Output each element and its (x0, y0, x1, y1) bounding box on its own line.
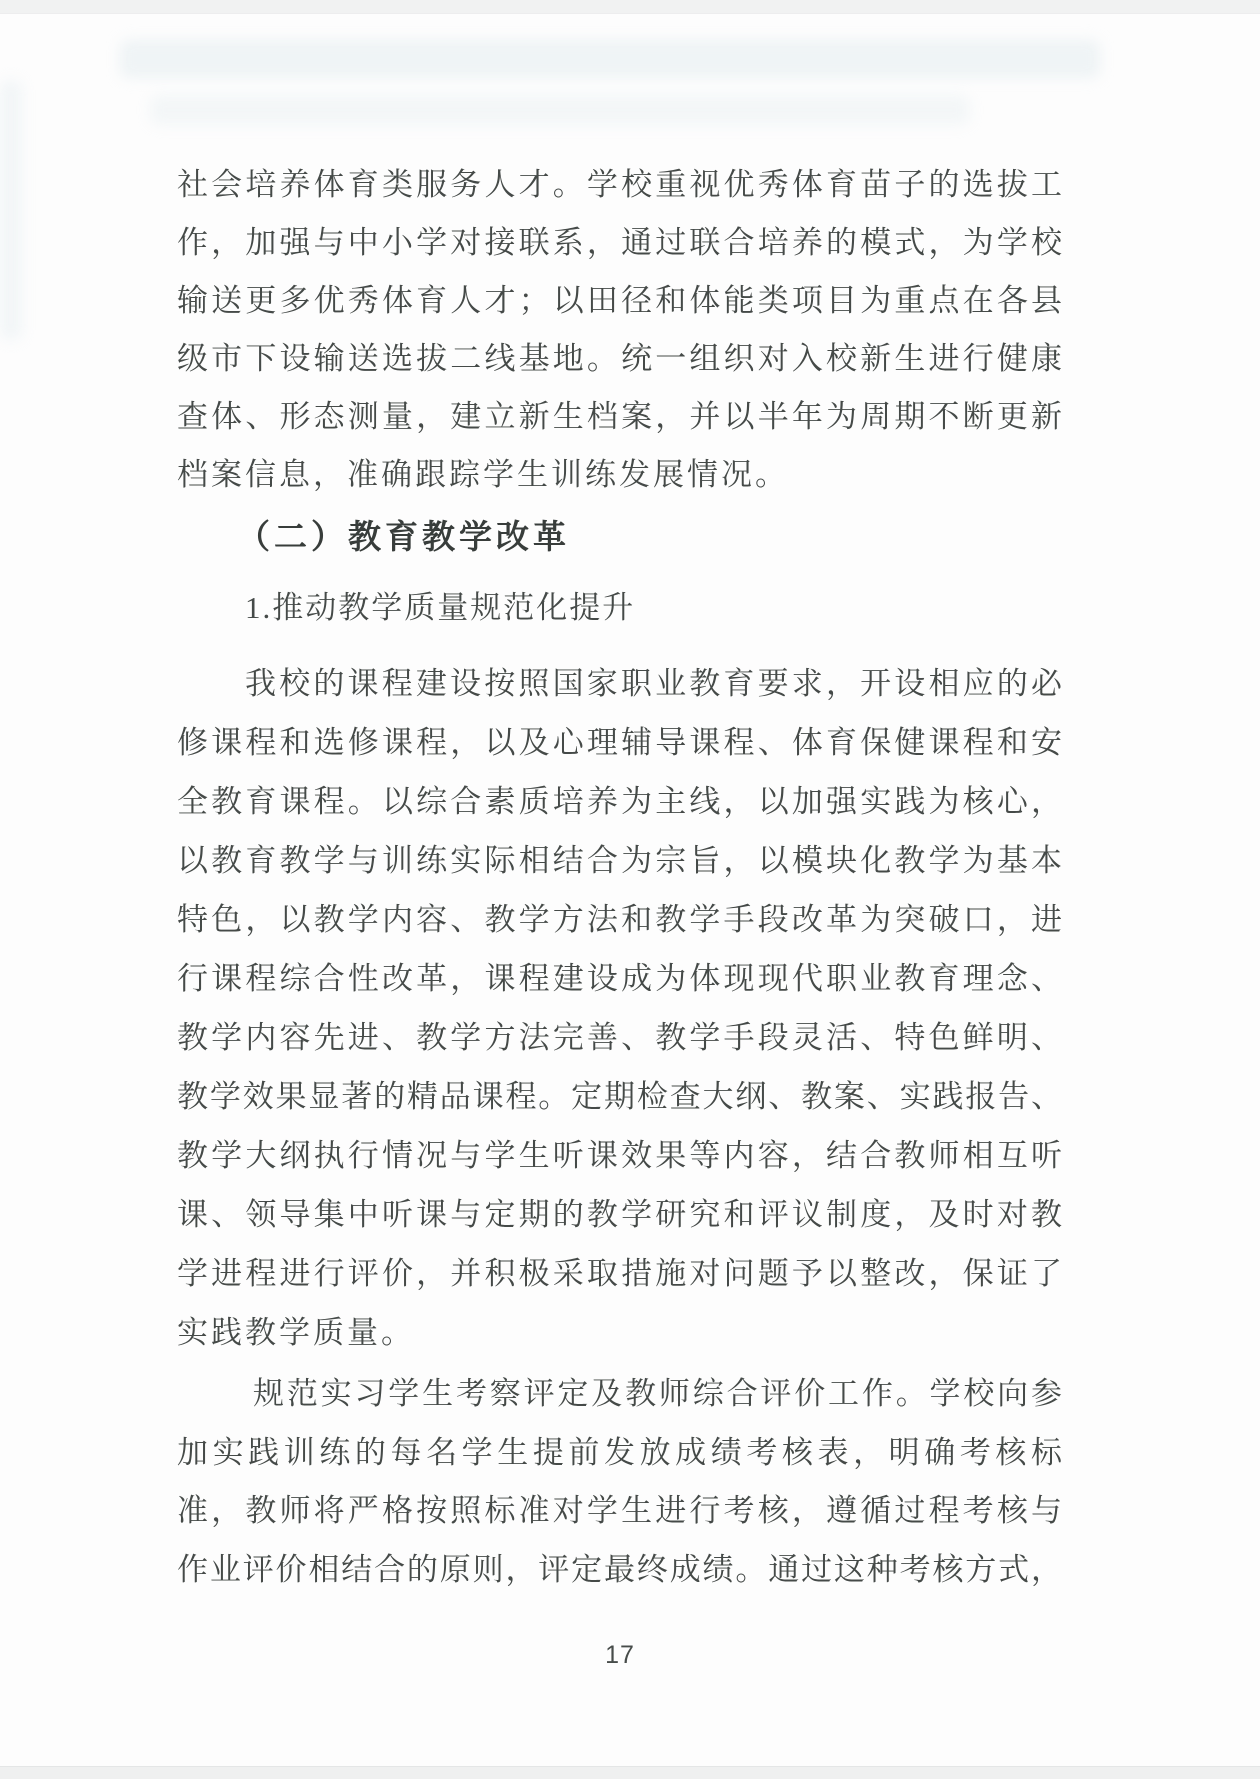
document-text-block: 社会培养体育类服务人才。学校重视优秀体育苗子的选拔工 作，加强与中小学对接联系，… (177, 156, 1063, 1599)
text-line: 特色，以教学内容、教学方法和教学手段改革为突破口，进 (177, 890, 1063, 949)
scan-edge-band-top (0, 0, 1260, 14)
subsection-heading: 1.推动教学质量规范化提升 (177, 579, 1063, 637)
text-line: 行课程综合性改革，课程建设成为体现现代职业教育理念、 (177, 949, 1063, 1008)
text-line: 档案信息，准确跟踪学生训练发展情况。 (177, 446, 1063, 504)
text-line: 教学内容先进、教学方法完善、教学手段灵活、特色鲜明、 (177, 1008, 1063, 1067)
text-line: 级市下设输送选拔二线基地。统一组织对入校新生进行健康 (177, 330, 1063, 388)
text-line: 我校的课程建设按照国家职业教育要求，开设相应的必 (177, 654, 1063, 713)
text-line: 作业评价相结合的原则，评定最终成绩。通过这种考核方式， (177, 1541, 1063, 1600)
scan-edge-artifact (0, 80, 22, 340)
text-line: 教学效果显著的精品课程。定期检查大纲、教案、实践报告、 (177, 1067, 1063, 1126)
text-line: 课、领导集中听课与定期的教学研究和评议制度，及时对教 (177, 1185, 1063, 1244)
text-line: 以教育教学与训练实际相结合为宗旨，以模块化教学为基本 (177, 831, 1063, 890)
text-line: 社会培养体育类服务人才。学校重视优秀体育苗子的选拔工 (177, 156, 1063, 214)
section-heading: （二）教育教学改革 (177, 509, 1063, 567)
scan-edge-band-bottom (0, 1766, 1260, 1779)
text-line: 加实践训练的每名学生提前发放成绩考核表，明确考核标 (177, 1424, 1063, 1483)
text-line: 全教育课程。以综合素质培养为主线，以加强实践为核心， (177, 772, 1063, 831)
scanned-document-page: 社会培养体育类服务人才。学校重视优秀体育苗子的选拔工 作，加强与中小学对接联系，… (0, 0, 1260, 1779)
text-line: 准，教师将严格按照标准对学生进行考核，遵循过程考核与 (177, 1482, 1063, 1541)
text-line: 学进程进行评价，并积极采取措施对问题予以整改，保证了 (177, 1244, 1063, 1303)
bleedthrough-artifact (120, 40, 1100, 78)
text-line: 查体、形态测量，建立新生档案，并以半年为周期不断更新 (177, 388, 1063, 446)
text-line: 输送更多优秀体育人才；以田径和体能类项目为重点在各县 (177, 272, 1063, 330)
text-line: 教学大纲执行情况与学生听课效果等内容，结合教师相互听 (177, 1126, 1063, 1185)
page-number: 17 (177, 1641, 1063, 1670)
text-line: 修课程和选修课程，以及心理辅导课程、体育保健课程和安 (177, 713, 1063, 772)
text-line: 作，加强与中小学对接联系，通过联合培养的模式，为学校 (177, 214, 1063, 272)
text-line: 实践教学质量。 (177, 1303, 1063, 1362)
text-line: 规范实习学生考察评定及教师综合评价工作。学校向参 (177, 1365, 1063, 1424)
bleedthrough-artifact (150, 95, 970, 125)
